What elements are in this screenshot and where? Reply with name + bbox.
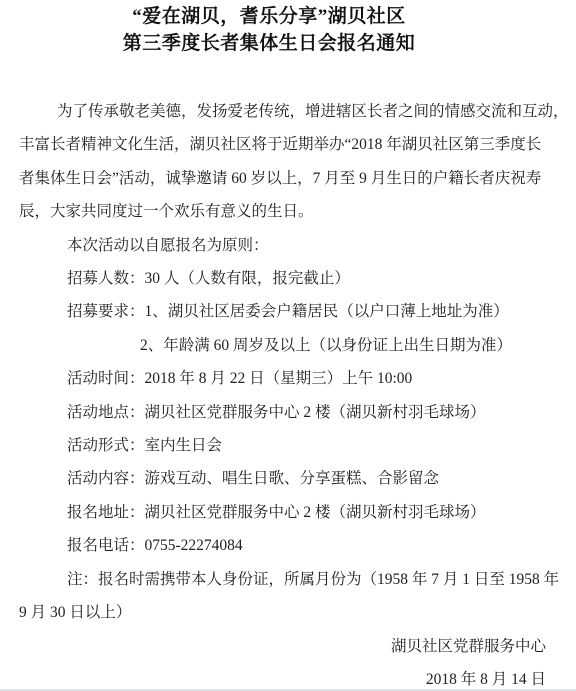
line-recruit-count: 招募人数：30 人（人数有限，报完截止）: [67, 262, 565, 295]
note-line-2: 9 月 30 日以上）: [19, 596, 565, 629]
document-title: “爱在湖贝，耆乐分享”湖贝社区 第三季度长者集体生日会报名通知: [19, 3, 565, 57]
intro-line: 丰富长者精神文化生活，湖贝社区将于近期举办“2018 年湖贝社区第三季度长: [19, 128, 565, 161]
line-activity-format: 活动形式：室内生日会: [67, 429, 565, 462]
intro-line: 辰，大家共同度过一个欢乐有意义的生日。: [19, 195, 565, 228]
line-recruit-requirement-1: 招募要求：1、湖贝社区居委会户籍居民（以户口薄上地址为准）: [67, 295, 565, 328]
intro-line: 者集体生日会”活动，诚挚邀请 60 岁以上，7 月至 9 月生日的户籍长者庆祝寿: [19, 162, 565, 195]
line-activity-location: 活动地点：湖贝社区党群服务中心 2 楼（湖贝新村羽毛球场）: [67, 396, 565, 429]
note-paragraph: 注：报名时需携带本人身份证，所属月份为（1958 年 7 月 1 日至 1958…: [19, 563, 565, 630]
line-activity-time: 活动时间：2018 年 8 月 22 日（星期三）上午 10:00: [67, 362, 565, 395]
intro-line: 为了传承敬老美德，发扬爱老传统，增进辖区长者之间的情感交流和互动，: [19, 95, 565, 128]
note-line-1: 注：报名时需携带本人身份证，所属月份为（1958 年 7 月 1 日至 1958…: [19, 563, 565, 596]
line-principle: 本次活动以自愿报名为原则：: [67, 229, 565, 262]
line-activity-content: 活动内容：游戏互动、唱生日歌、分享蛋糕、合影留念: [67, 462, 565, 495]
signature-date: 2018 年 8 月 14 日: [19, 663, 546, 691]
title-line-2: 第三季度长者集体生日会报名通知: [19, 30, 519, 57]
line-signup-phone: 报名电话：0755-22274084: [67, 529, 565, 562]
intro-paragraph: 为了传承敬老美德，发扬爱老传统，增进辖区长者之间的情感交流和互动， 丰富长者精神…: [19, 95, 565, 229]
signature-block: 湖贝社区党群服务中心 2018 年 8 月 14 日: [19, 630, 565, 691]
title-line-1: “爱在湖贝，耆乐分享”湖贝社区: [19, 3, 519, 30]
line-signup-address: 报名地址：湖贝社区党群服务中心 2 楼（湖贝新村羽毛球场）: [67, 496, 565, 529]
detail-list: 本次活动以自愿报名为原则： 招募人数：30 人（人数有限，报完截止） 招募要求：…: [19, 229, 565, 563]
line-recruit-requirement-2: 2、年龄满 60 周岁及以上（以身份证上出生日期为准）: [140, 329, 565, 362]
notice-document: “爱在湖贝，耆乐分享”湖贝社区 第三季度长者集体生日会报名通知 为了传承敬老美德…: [0, 0, 576, 691]
signature-org: 湖贝社区党群服务中心: [19, 630, 546, 663]
